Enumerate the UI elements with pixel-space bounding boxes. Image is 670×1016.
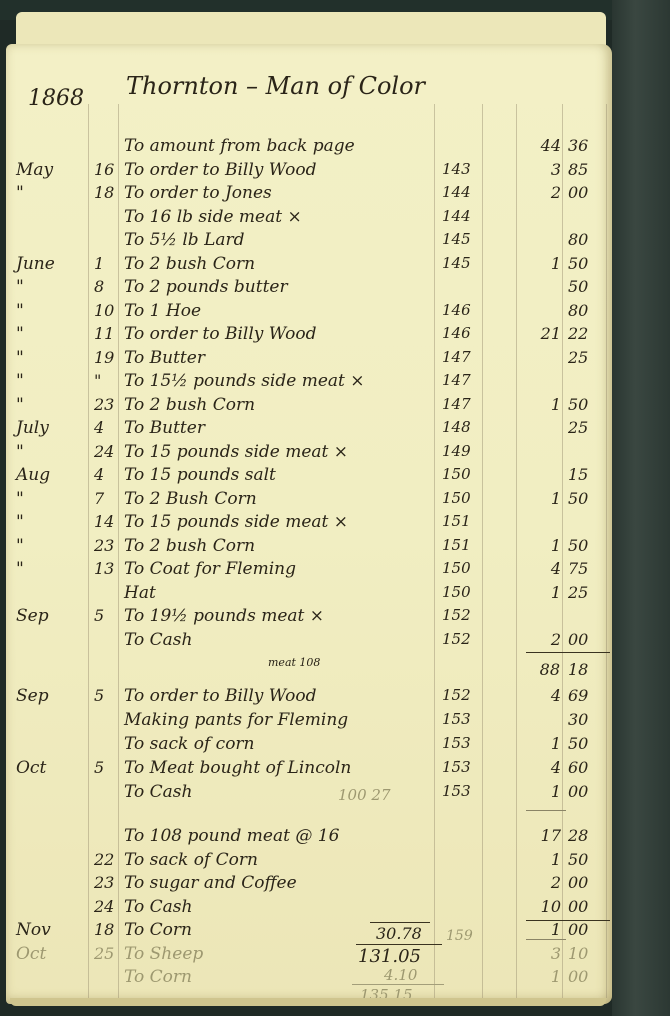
- total-rule: [526, 920, 610, 921]
- entry-day: 19: [94, 348, 120, 367]
- entry-day: 23: [94, 395, 120, 414]
- entry-day: 18: [94, 920, 120, 939]
- entry-day: 23: [94, 873, 120, 892]
- entry-desc: To order to Billy Wood: [124, 324, 316, 344]
- ledger-row: To 16 lb side meat ×144: [6, 207, 612, 231]
- side-calc-line2: 131.05: [358, 946, 421, 967]
- side-calc-line1: 30.78: [376, 924, 422, 943]
- entry-cents: 50: [568, 395, 606, 414]
- entry-dollars: 1: [511, 920, 561, 939]
- entry-dollars: 1: [511, 583, 561, 602]
- ledger-year: 1868: [28, 86, 84, 111]
- ledger-row: To sack of corn153150: [6, 734, 612, 758]
- entry-desc: To Coat for Fleming: [124, 559, 296, 579]
- entry-folio: 146: [442, 301, 471, 319]
- entry-folio: 150: [442, 583, 471, 601]
- side-calc-folio: 159: [446, 928, 473, 944]
- ledger-row: "23To 2 bush Corn151150: [6, 536, 612, 560]
- entry-cents: 50: [568, 254, 606, 273]
- entry-day: 23: [94, 536, 120, 555]
- entry-cents: 25: [568, 583, 606, 602]
- entry-folio: 151: [442, 536, 471, 554]
- ledger-row: To Corn100: [6, 967, 612, 991]
- entry-month: June: [16, 254, 86, 274]
- ledger-row: Sep5To order to Billy Wood152469: [6, 686, 612, 710]
- entry-day: 16: [94, 160, 120, 179]
- entry-month: ": [16, 512, 86, 532]
- entry-day: 4: [94, 418, 120, 437]
- entry-folio: 147: [442, 371, 471, 389]
- entry-folio: 146: [442, 324, 471, 342]
- entry-dollars: 4: [511, 559, 561, 578]
- ledger-row: "14To 15 pounds side meat ×151: [6, 512, 612, 536]
- entry-desc: To 2 pounds butter: [124, 277, 288, 297]
- ledger-row: ""To 15½ pounds side meat ×147: [6, 371, 612, 395]
- entry-cents: 00: [568, 920, 606, 939]
- entry-desc: To order to Billy Wood: [124, 160, 316, 180]
- entry-cents: 00: [568, 183, 606, 202]
- entry-folio: 144: [442, 183, 471, 201]
- entry-month: ": [16, 395, 86, 415]
- ledger-row: To amount from back page4436: [6, 136, 612, 160]
- ledger-row: 24To Cash1000: [6, 897, 612, 921]
- ledger-row: To 5½ lb Lard14580: [6, 230, 612, 254]
- entry-desc: To 1 Hoe: [124, 301, 201, 321]
- entry-day: 5: [94, 686, 120, 705]
- entry-month: ": [16, 489, 86, 509]
- entry-month: ": [16, 348, 86, 368]
- subtotal-rule: [526, 652, 610, 653]
- entry-desc: To amount from back page: [124, 136, 355, 156]
- entry-month: ": [16, 301, 86, 321]
- subtotal-note: meat 108: [268, 656, 320, 669]
- ledger-page: 1868 Thornton – Man of Color To amount f…: [6, 44, 612, 1004]
- entry-folio: 143: [442, 160, 471, 178]
- entry-month: July: [16, 418, 86, 438]
- entry-month: ": [16, 277, 86, 297]
- entry-month: ": [16, 183, 86, 203]
- entry-desc: To Cash: [124, 897, 192, 917]
- ledger-row: Making pants for Fleming15330: [6, 710, 612, 734]
- entry-desc: To 16 lb side meat ×: [124, 207, 302, 227]
- ledger-row: "24To 15 pounds side meat ×149: [6, 442, 612, 466]
- entry-dollars: 1: [511, 734, 561, 753]
- entry-month: ": [16, 536, 86, 556]
- subtotal-cents: 18: [568, 660, 588, 679]
- entry-folio: 153: [442, 710, 471, 728]
- entry-day: 10: [94, 301, 120, 320]
- entry-month: ": [16, 559, 86, 579]
- entry-folio: 145: [442, 254, 471, 272]
- entry-cents: 22: [568, 324, 606, 343]
- entry-month: Aug: [16, 465, 86, 485]
- entry-cents: 15: [568, 465, 606, 484]
- side-calc-line3: 4.10: [384, 966, 417, 984]
- entry-cents: 50: [568, 850, 606, 869]
- entry-day: 5: [94, 758, 120, 777]
- entry-cents: 69: [568, 686, 606, 705]
- entry-desc: To order to Billy Wood: [124, 686, 316, 706]
- entry-desc: To sugar and Coffee: [124, 873, 297, 893]
- entry-desc: To Butter: [124, 348, 205, 368]
- entry-folio: 150: [442, 489, 471, 507]
- entry-desc: To Corn: [124, 967, 192, 987]
- ledger-row: Sep5To 19½ pounds meat ×152: [6, 606, 612, 630]
- entry-desc: To 2 bush Corn: [124, 395, 255, 415]
- entry-desc: Making pants for Fleming: [124, 710, 348, 730]
- entry-desc: To 2 Bush Corn: [124, 489, 257, 509]
- entry-month: ": [16, 371, 86, 391]
- entry-day: 22: [94, 850, 120, 869]
- entry-day: 4: [94, 465, 120, 484]
- entry-desc: To order to Jones: [124, 183, 272, 203]
- entry-dollars: 2: [511, 873, 561, 892]
- entry-dollars: 44: [511, 136, 561, 155]
- entry-cents: 10: [568, 944, 606, 963]
- entry-desc: Hat: [124, 583, 156, 603]
- side-calc-rule-top: [370, 922, 430, 923]
- entry-dollars: 1: [511, 536, 561, 555]
- entry-folio: 147: [442, 348, 471, 366]
- section-rule: [526, 810, 566, 811]
- entry-cents: 28: [568, 826, 606, 845]
- entry-dollars: 1: [511, 782, 561, 801]
- entry-desc: To sack of corn: [124, 734, 255, 754]
- entry-folio: 153: [442, 734, 471, 752]
- entry-folio: 149: [442, 442, 471, 460]
- entry-desc: To Meat bought of Lincoln: [124, 758, 351, 778]
- ledger-row: 22To sack of Corn150: [6, 850, 612, 874]
- ledger-row: Hat150125: [6, 583, 612, 607]
- entry-dollars: 4: [511, 686, 561, 705]
- entry-desc: To 2 bush Corn: [124, 254, 255, 274]
- side-calc-rule-mid: [356, 944, 442, 945]
- ledger-row: May16To order to Billy Wood143385: [6, 160, 612, 184]
- entry-desc: To 15 pounds side meat ×: [124, 442, 348, 462]
- entry-cents: 50: [568, 536, 606, 555]
- subtotal-dollars: 88: [526, 660, 560, 679]
- entry-cents: 80: [568, 230, 606, 249]
- ledger-title: Thornton – Man of Color: [126, 72, 425, 100]
- entry-day: 14: [94, 512, 120, 531]
- entry-day: 18: [94, 183, 120, 202]
- ledger-row: "13To Coat for Fleming150475: [6, 559, 612, 583]
- entry-folio: 145: [442, 230, 471, 248]
- entry-cents: 00: [568, 873, 606, 892]
- entry-cents: 85: [568, 160, 606, 179]
- ledger-row: July4To Butter14825: [6, 418, 612, 442]
- ledger-row: Nov18To Corn100: [6, 920, 612, 944]
- entry-dollars: 1: [511, 254, 561, 273]
- entry-cents: 50: [568, 489, 606, 508]
- ledger-row: "7To 2 Bush Corn150150: [6, 489, 612, 513]
- entry-month: ": [16, 442, 86, 462]
- entry-month: Oct: [16, 758, 86, 778]
- entry-folio: 148: [442, 418, 471, 436]
- entry-folio: 144: [442, 207, 471, 225]
- entry-dollars: 21: [511, 324, 561, 343]
- entry-cents: 30: [568, 710, 606, 729]
- entry-cents: 00: [568, 967, 606, 986]
- ledger-row: Oct25To Sheep310: [6, 944, 612, 968]
- entry-day: 25: [94, 944, 120, 963]
- entry-cents: 00: [568, 630, 606, 649]
- entry-dollars: 1: [511, 395, 561, 414]
- ledger-row: To 108 pound meat @ 161728: [6, 826, 612, 850]
- entry-dollars: 10: [511, 897, 561, 916]
- ledger-row: "8To 2 pounds butter50: [6, 277, 612, 301]
- entry-dollars: 3: [511, 944, 561, 963]
- entry-folio: 153: [442, 758, 471, 776]
- entry-dollars: 3: [511, 160, 561, 179]
- entry-day: 11: [94, 324, 120, 343]
- side-calc-rule-bottom: [352, 984, 444, 985]
- entry-desc: To 2 bush Corn: [124, 536, 255, 556]
- entry-month: Nov: [16, 920, 86, 940]
- entry-day: 24: [94, 442, 120, 461]
- entry-dollars: 1: [511, 850, 561, 869]
- entry-month: May: [16, 160, 86, 180]
- entry-desc: To Corn: [124, 920, 192, 940]
- total-rule-2: [526, 939, 566, 940]
- entry-dollars: 1: [511, 967, 561, 986]
- page-bottom-edge: [10, 998, 606, 1006]
- entry-folio: 151: [442, 512, 471, 530]
- entry-day: 8: [94, 277, 120, 296]
- ledger-row: "18To order to Jones144200: [6, 183, 612, 207]
- entry-desc: To Butter: [124, 418, 205, 438]
- entry-desc: To 19½ pounds meat ×: [124, 606, 324, 626]
- entry-month: Sep: [16, 686, 86, 706]
- entry-desc: To Cash: [124, 630, 192, 650]
- ledger-row: Aug4To 15 pounds salt15015: [6, 465, 612, 489]
- cash-note: 100 27: [338, 786, 391, 804]
- entry-dollars: 2: [511, 630, 561, 649]
- entry-desc: To Cash: [124, 782, 192, 802]
- entry-desc: To 5½ lb Lard: [124, 230, 245, 250]
- entry-day: 7: [94, 489, 120, 508]
- entry-folio: 152: [442, 686, 471, 704]
- entry-cents: 00: [568, 782, 606, 801]
- ledger-row: "23To 2 bush Corn147150: [6, 395, 612, 419]
- entry-desc: To Sheep: [124, 944, 203, 964]
- ledger-row: 23To sugar and Coffee200: [6, 873, 612, 897]
- entry-cents: 36: [568, 136, 606, 155]
- entry-day: ": [94, 371, 120, 390]
- entry-day: 1: [94, 254, 120, 273]
- entry-desc: To 108 pound meat @ 16: [124, 826, 339, 846]
- entry-cents: 25: [568, 348, 606, 367]
- ledger-row: Oct5To Meat bought of Lincoln153460: [6, 758, 612, 782]
- entry-desc: To 15 pounds salt: [124, 465, 276, 485]
- entry-folio: 150: [442, 465, 471, 483]
- entry-day: 5: [94, 606, 120, 625]
- ledger-row: "11To order to Billy Wood1462122: [6, 324, 612, 348]
- entry-month: ": [16, 324, 86, 344]
- ledger-row: To Cash152200: [6, 630, 612, 654]
- entry-dollars: 17: [511, 826, 561, 845]
- entry-dollars: 2: [511, 183, 561, 202]
- entry-folio: 153: [442, 782, 471, 800]
- ledger-row: To Cash153100: [6, 782, 612, 806]
- background-cover: [612, 0, 670, 1016]
- entry-cents: 75: [568, 559, 606, 578]
- entry-cents: 25: [568, 418, 606, 437]
- entry-dollars: 1: [511, 489, 561, 508]
- ledger-row: June1To 2 bush Corn145150: [6, 254, 612, 278]
- entry-cents: 60: [568, 758, 606, 777]
- entry-desc: To sack of Corn: [124, 850, 258, 870]
- entry-desc: To 15 pounds side meat ×: [124, 512, 348, 532]
- entry-cents: 80: [568, 301, 606, 320]
- entry-day: 24: [94, 897, 120, 916]
- entry-cents: 50: [568, 734, 606, 753]
- entry-dollars: 4: [511, 758, 561, 777]
- entry-desc: To 15½ pounds side meat ×: [124, 371, 365, 391]
- entry-cents: 00: [568, 897, 606, 916]
- entry-folio: 150: [442, 559, 471, 577]
- entry-day: 13: [94, 559, 120, 578]
- ledger-row: "19To Butter14725: [6, 348, 612, 372]
- entry-folio: 147: [442, 395, 471, 413]
- entry-folio: 152: [442, 630, 471, 648]
- entry-folio: 152: [442, 606, 471, 624]
- entry-month: Oct: [16, 944, 86, 964]
- ledger-row: "10To 1 Hoe14680: [6, 301, 612, 325]
- entry-cents: 50: [568, 277, 606, 296]
- entry-month: Sep: [16, 606, 86, 626]
